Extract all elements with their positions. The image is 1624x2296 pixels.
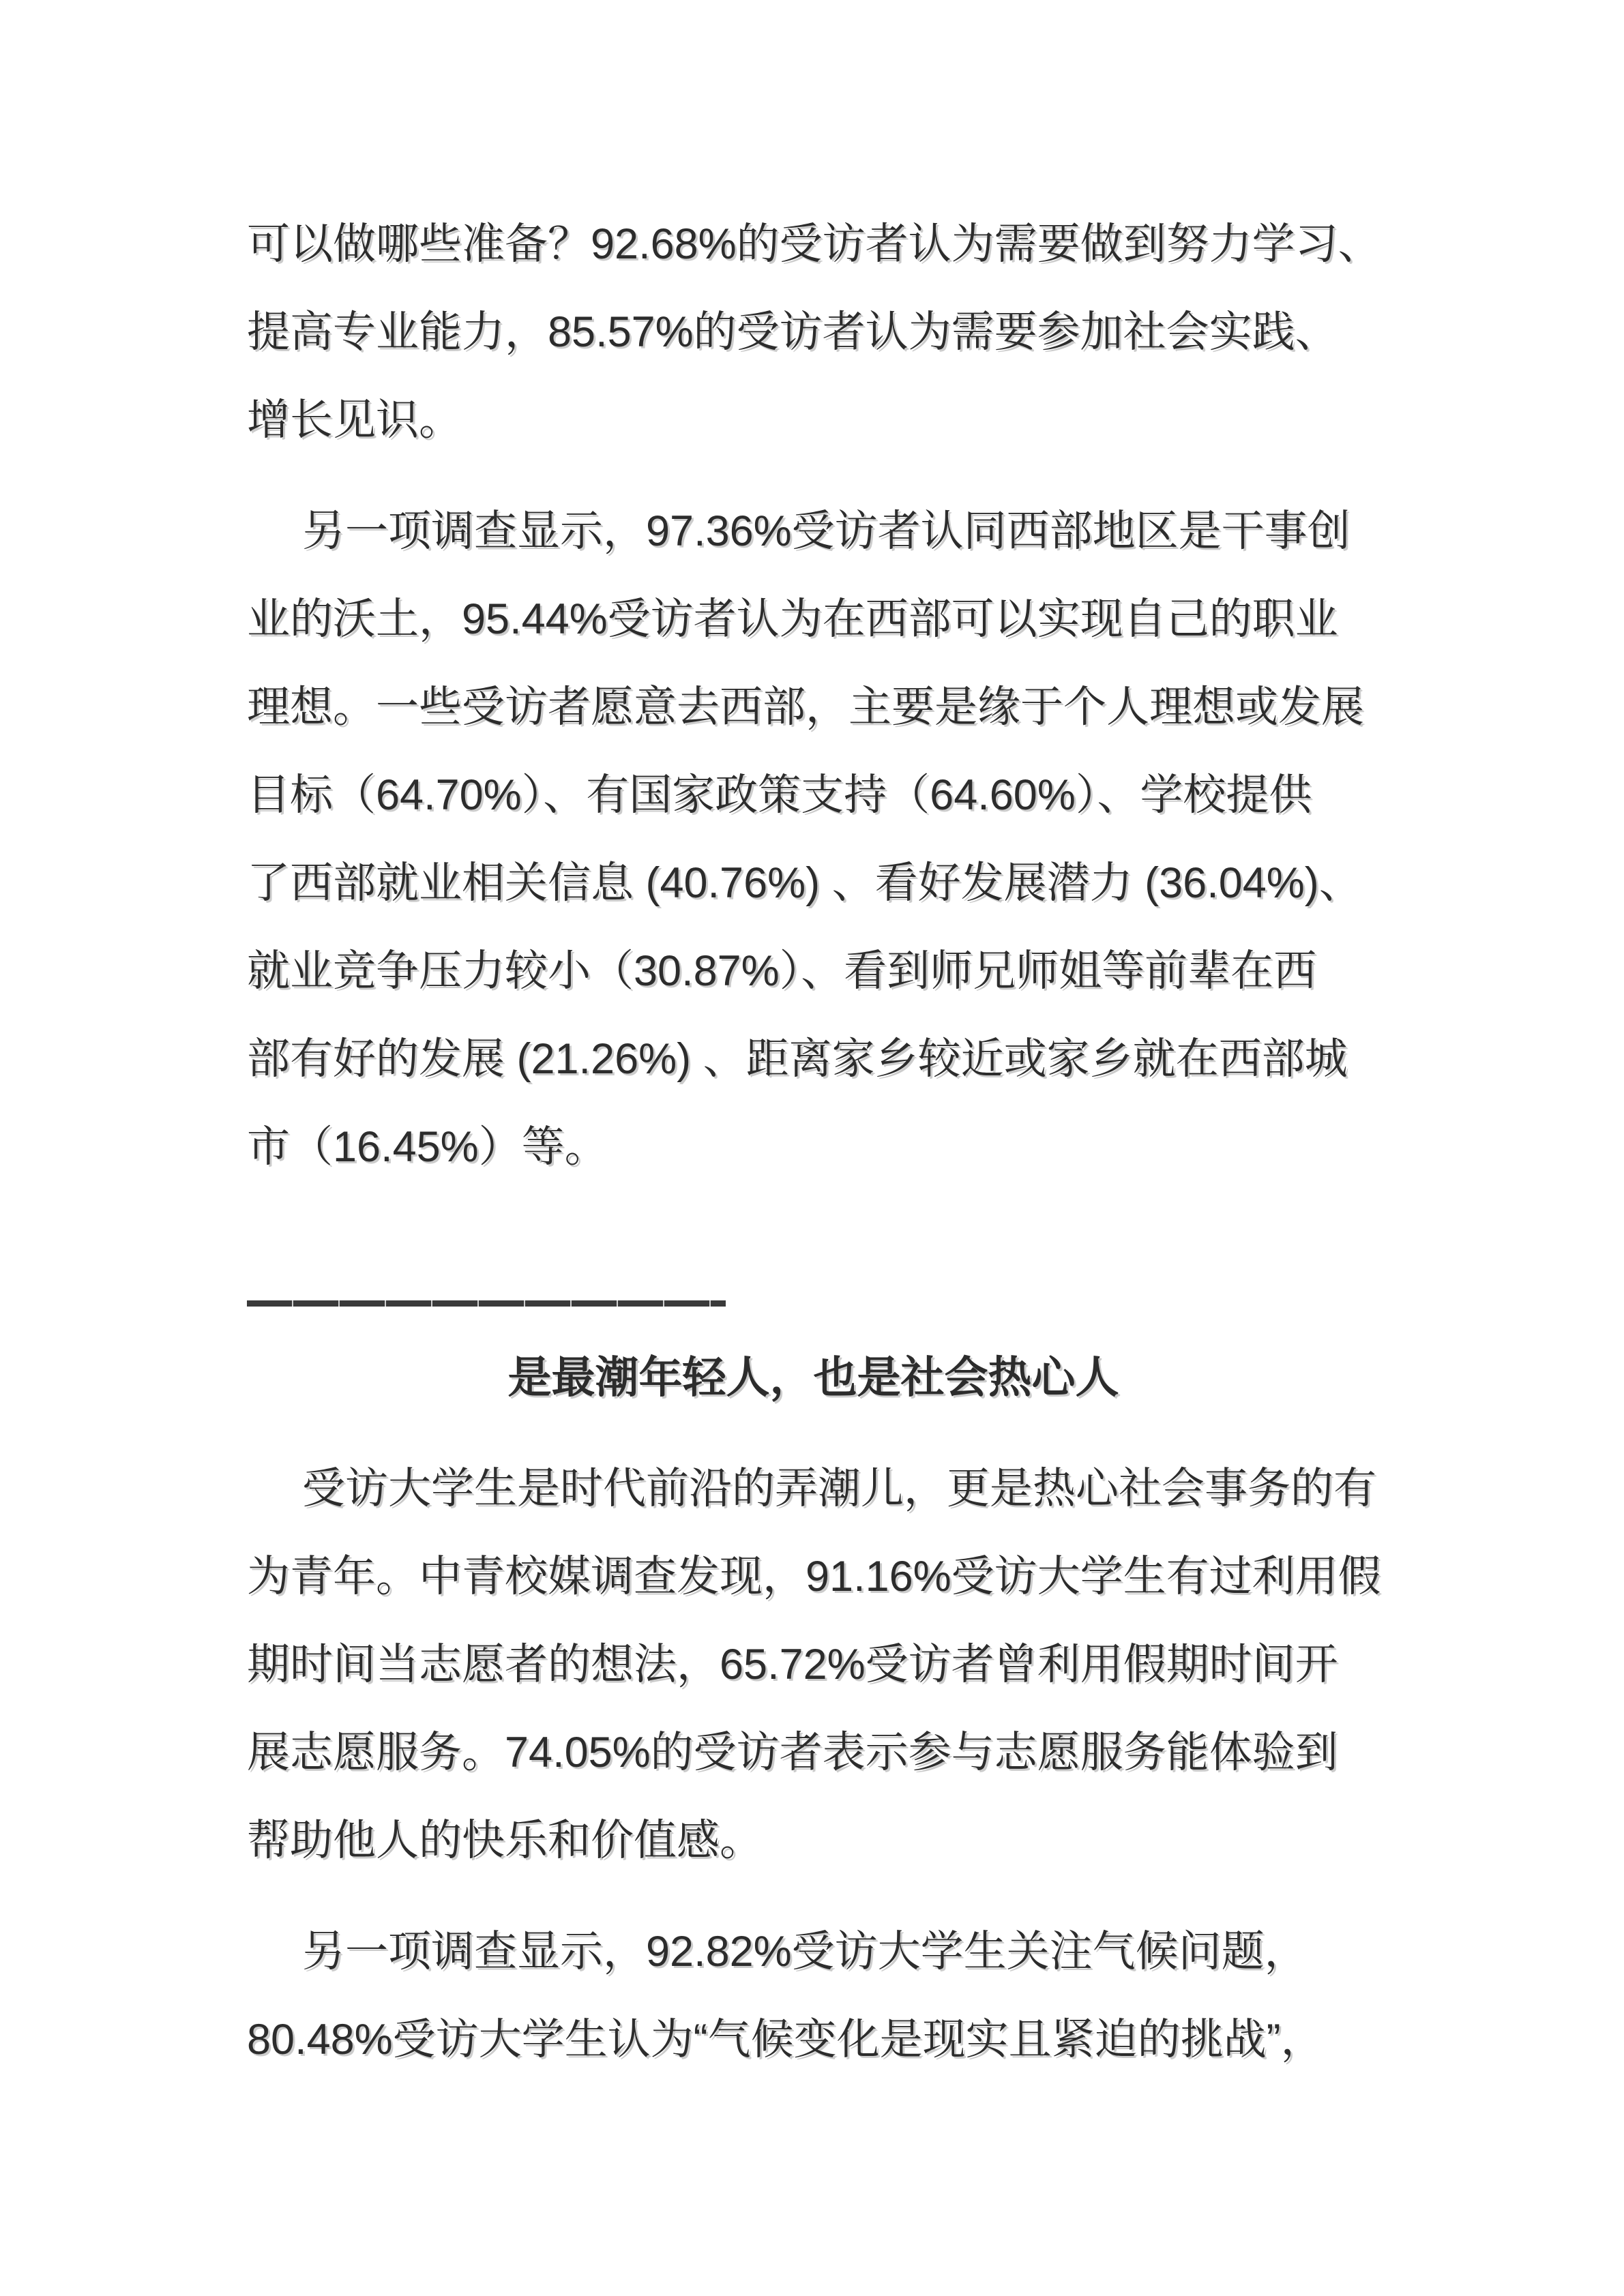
paragraph: 另一项调查显示，92.82%受访大学生关注气候问题，80.48%受访大学生认为“… — [247, 1908, 1380, 2084]
paragraph: 可以做哪些准备？92.68%的受访者认为需要做到努力学习、提高专业能力，85.5… — [247, 200, 1380, 464]
text-line: 期时间当志愿者的想法，65.72%受访者曾利用假期时间开 — [247, 1621, 1380, 1709]
text-line: 为青年。中青校媒调查发现，91.16%受访大学生有过利用假 — [247, 1533, 1380, 1621]
text-line: 另一项调查显示，97.36%受访者认同西部地区是干事创 — [247, 488, 1380, 576]
text-line: 目标（64.70%）、有国家政策支持（64.60%）、学校提供 — [247, 751, 1380, 839]
document-page: 可以做哪些准备？92.68%的受访者认为需要做到努力学习、提高专业能力，85.5… — [0, 0, 1624, 2296]
text-line: 增长见识。 — [247, 376, 1380, 464]
text-line: 展志愿服务。74.05%的受访者表示参与志愿服务能体验到 — [247, 1709, 1380, 1797]
text-line: 部有好的发展 (21.26%) 、距离家乡较近或家乡就在西部城 — [247, 1015, 1380, 1103]
section-heading: 是最潮年轻人，也是社会热心人 — [247, 1334, 1380, 1422]
text-line: 业的沃土，95.44%受访者认为在西部可以实现自己的职业 — [247, 576, 1380, 664]
text-line: 就业竞争压力较小（30.87%）、看到师兄师姐等前辈在西 — [247, 927, 1380, 1015]
text-line: 提高专业能力，85.57%的受访者认为需要参加社会实践、 — [247, 288, 1380, 376]
text-line: 市（16.45%）等。 — [247, 1103, 1380, 1191]
text-line: 另一项调查显示，92.82%受访大学生关注气候问题， — [247, 1908, 1380, 1996]
text-line: 受访大学生是时代前沿的弄潮儿，更是热心社会事务的有 — [247, 1445, 1380, 1533]
text-line: 帮助他人的快乐和价值感。 — [247, 1797, 1380, 1885]
text-line: 可以做哪些准备？92.68%的受访者认为需要做到努力学习、 — [247, 200, 1380, 288]
paragraph: 受访大学生是时代前沿的弄潮儿，更是热心社会事务的有为青年。中青校媒调查发现，91… — [247, 1445, 1380, 1885]
article-content: 可以做哪些准备？92.68%的受访者认为需要做到努力学习、提高专业能力，85.5… — [247, 200, 1380, 2107]
text-line: 了西部就业相关信息 (40.76%) 、看好发展潜力 (36.04%)、 — [247, 839, 1380, 927]
paragraph: 另一项调查显示，97.36%受访者认同西部地区是干事创业的沃土，95.44%受访… — [247, 488, 1380, 1191]
section-divider — [247, 1300, 726, 1307]
text-line: 80.48%受访大学生认为“气候变化是现实且紧迫的挑战”， — [247, 1996, 1380, 2084]
text-line: 理想。一些受访者愿意去西部，主要是缘于个人理想或发展 — [247, 664, 1380, 751]
